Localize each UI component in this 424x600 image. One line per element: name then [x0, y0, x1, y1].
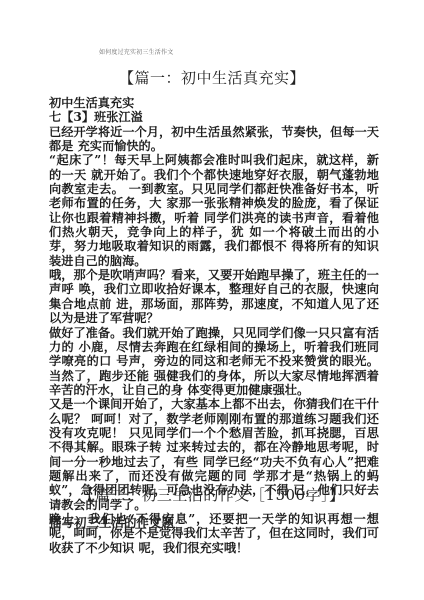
section-2-title: 【篇二：初三生活的作文［1500字］】: [0, 484, 424, 505]
paragraph: “起床了”！每天早上阿姨都会准时叫我们起床，就这样，新的一天 就开始了。我们个个…: [49, 153, 379, 268]
paragraph: 已经开学将近一个月，初中生活虽然紧张，节奏快，但每一天都是 充实而愉快的。: [49, 125, 379, 154]
paragraph: 做好了准备。我们就开始了跑操，只见同学们像一只只富有活力的 小鹿，尽情去奔跑在红…: [49, 326, 379, 398]
article-author: 七【3】班张江溢: [49, 110, 379, 124]
document-page: 如何度过充实初三生活作文 【篇一：初中生活真充实】 初中生活真充实 七【3】班张…: [0, 0, 424, 600]
section-1-title: 【篇一：初中生活真充实】: [0, 67, 424, 88]
section-2-heading: 描写初三生活的作文题: [49, 513, 174, 531]
article-heading: 初中生活真充实: [49, 96, 379, 110]
paragraph: 哦，那个是吹哨声吗？看来，又要开始跑早操了，班主任的一声呼 唤，我们立即收拾好课…: [49, 268, 379, 325]
document-header: 如何度过充实初三生活作文: [99, 47, 173, 56]
